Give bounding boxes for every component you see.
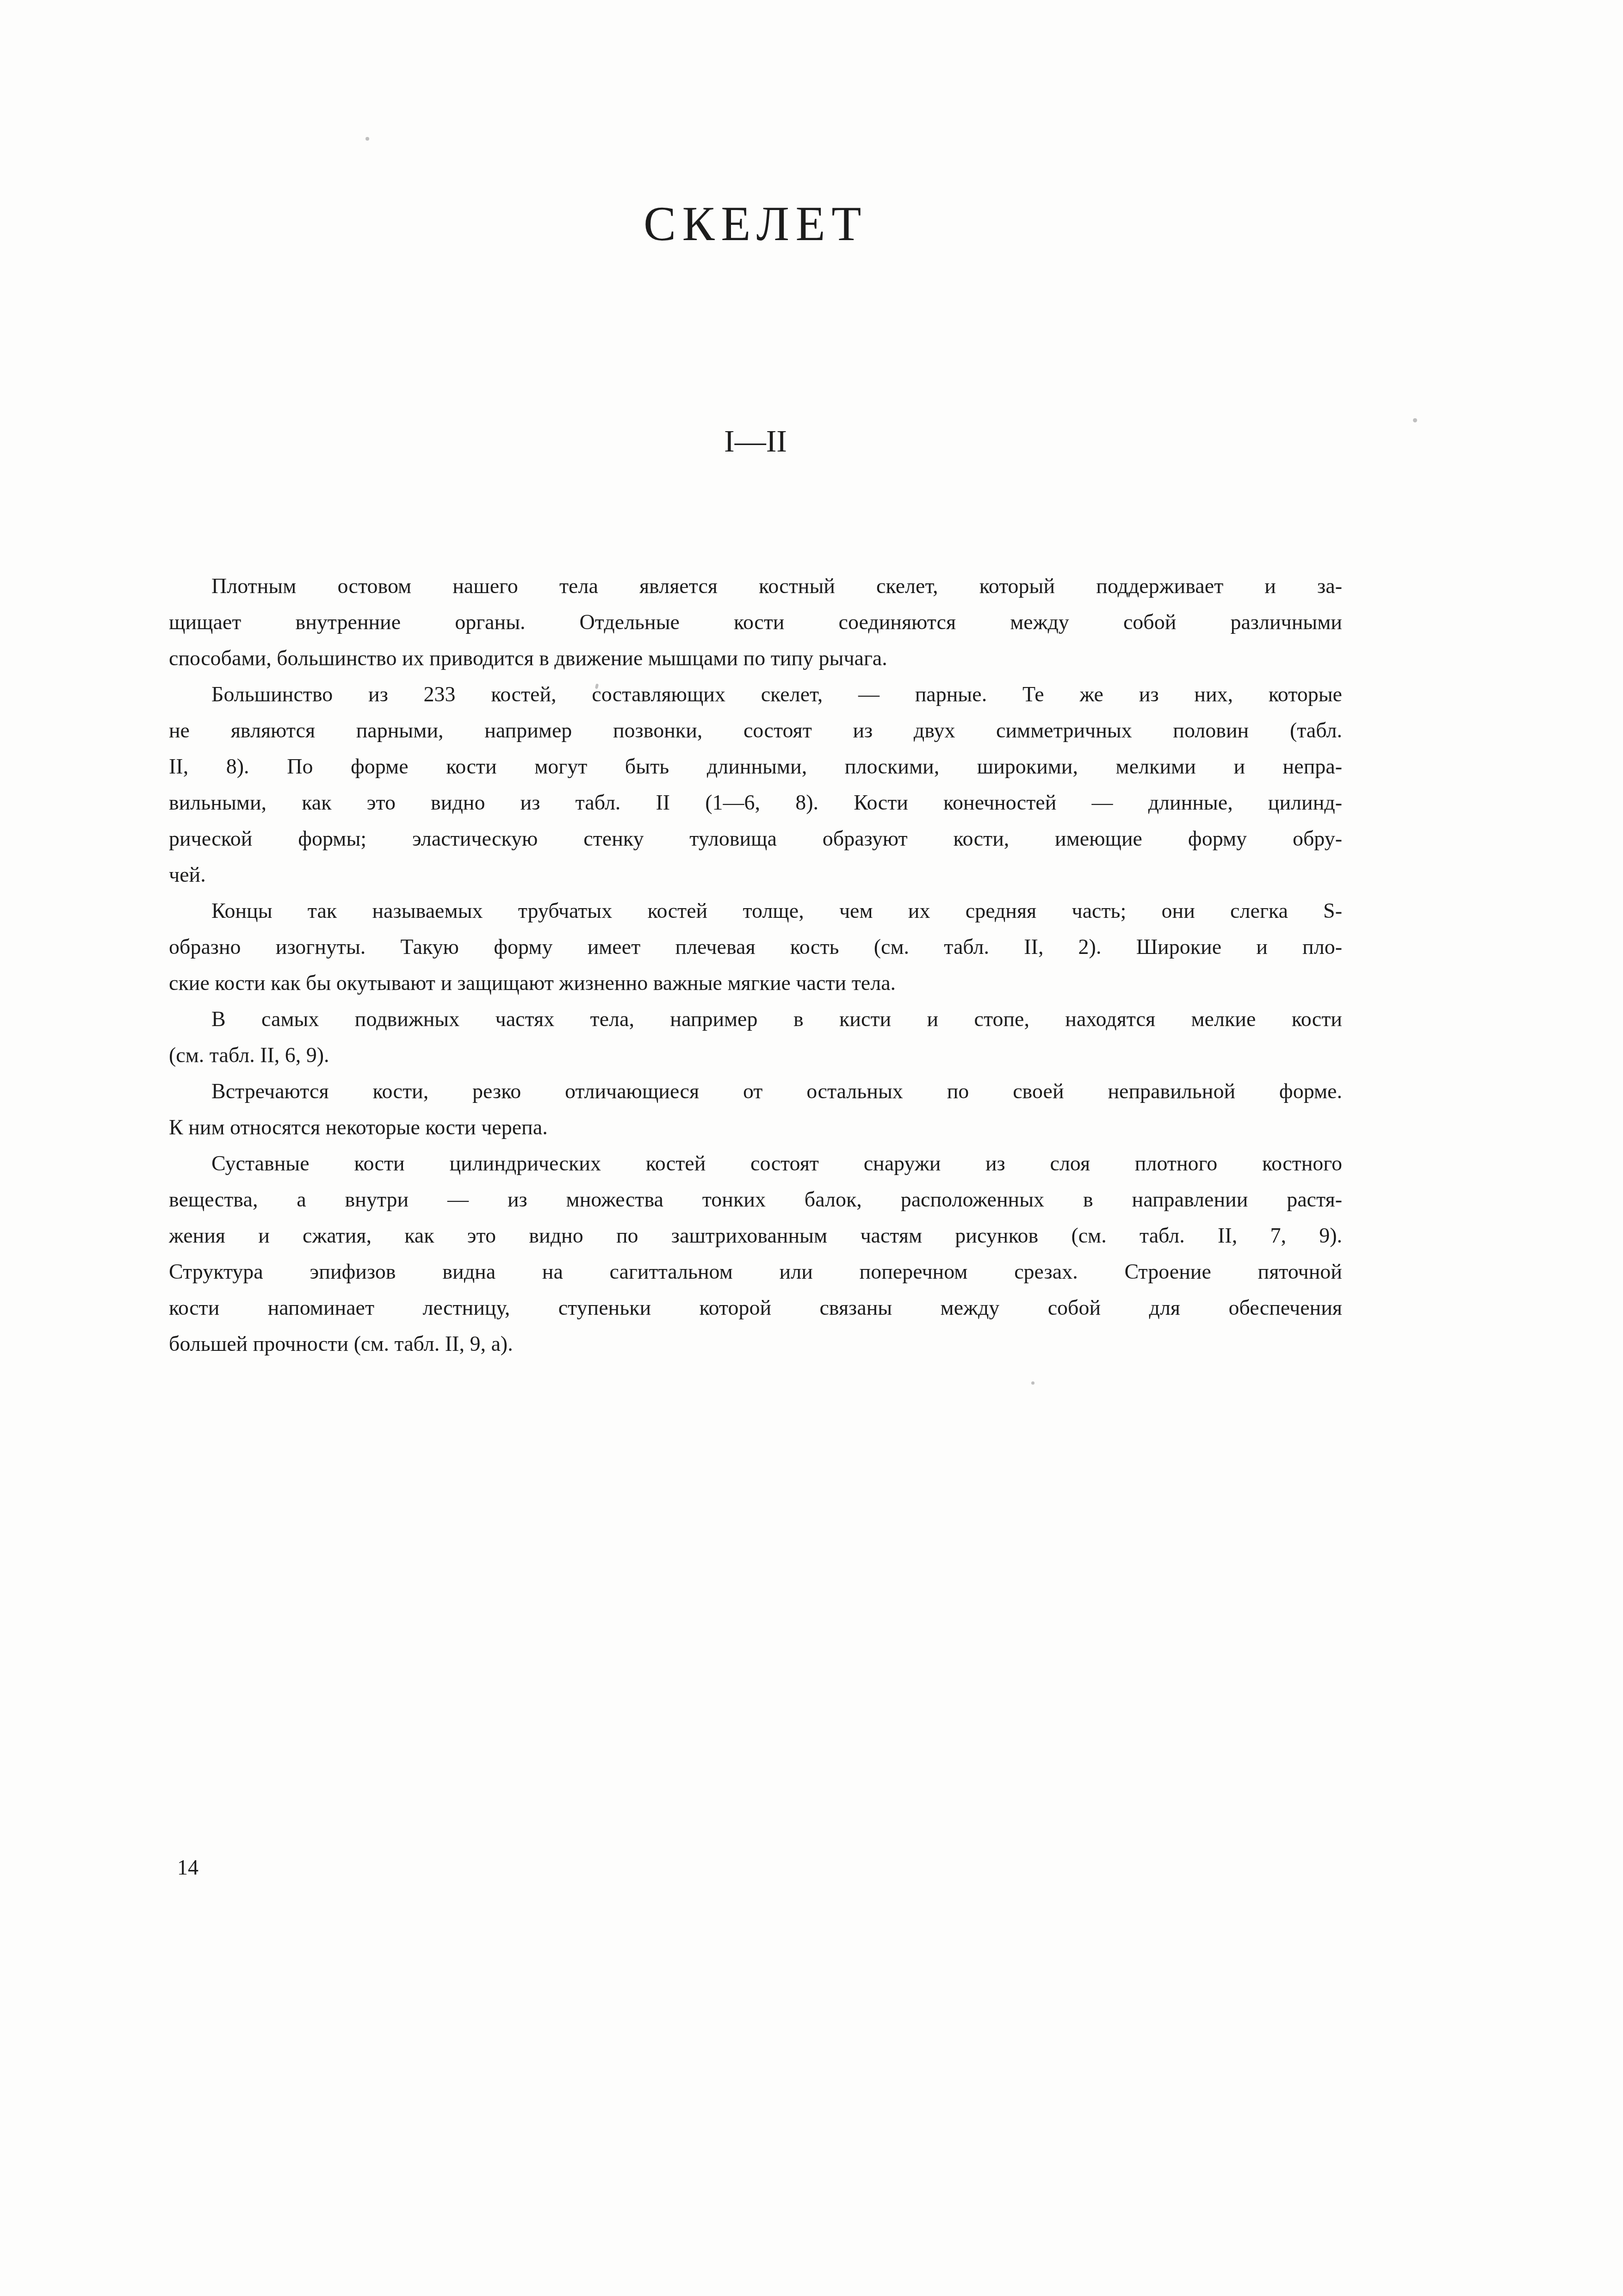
text-line: В самых подвижных частях тела, например …	[169, 1001, 1342, 1037]
text-line: не являются парными, например позвонки, …	[169, 712, 1342, 749]
page-title: СКЕЛЕТ	[169, 198, 1342, 250]
body-text: Плотным остовом нашего тела является кос…	[169, 568, 1342, 1362]
text-line: Большинство из 233 костей, составляющих …	[169, 676, 1342, 712]
text-line: К ним относятся некоторые кости черепа.	[169, 1109, 1342, 1145]
text-line: Структура эпифизов видна на сагиттальном…	[169, 1254, 1342, 1290]
paragraph: Большинство из 233 костей, составляющих …	[169, 676, 1342, 893]
paragraph: Встречаются кости, резко отличающиеся от…	[169, 1073, 1342, 1145]
text-line: способами, большинство их приводится в д…	[169, 640, 1342, 676]
text-line: рической формы; эластическую стенку туло…	[169, 821, 1342, 857]
scan-speck	[1413, 418, 1417, 422]
paragraph: В самых подвижных частях тела, например …	[169, 1001, 1342, 1073]
text-line: образно изогнуты. Такую форму имеет плеч…	[169, 929, 1342, 965]
text-line: Концы так называемых трубчатых костей то…	[169, 893, 1342, 929]
scanned-book-page: СКЕЛЕТ I—II Плотным остовом нашего тела …	[0, 0, 1623, 2296]
text-line: ские кости как бы окутывают и защищают ж…	[169, 965, 1342, 1001]
text-line: II, 8). По форме кости могут быть длинны…	[169, 749, 1342, 785]
text-line: Плотным остовом нашего тела является кос…	[169, 568, 1342, 604]
page-number: 14	[177, 1850, 198, 1886]
text-line: кости напоминает лестницу, ступеньки кот…	[169, 1290, 1342, 1326]
paragraph: Плотным остовом нашего тела является кос…	[169, 568, 1342, 676]
text-line: щищает внутренние органы. Отдельные кост…	[169, 604, 1342, 640]
text-line: Суставные кости цилиндрических костей со…	[169, 1145, 1342, 1182]
text-line: жения и сжатия, как это видно по заштрих…	[169, 1218, 1342, 1254]
text-line: вильными, как это видно из табл. II (1—6…	[169, 785, 1342, 821]
text-line: (см. табл. II, 6, 9).	[169, 1037, 1342, 1073]
section-heading: I—II	[169, 422, 1342, 460]
text-line: Встречаются кости, резко отличающиеся от…	[169, 1073, 1342, 1109]
text-line: вещества, а внутри — из множества тонких…	[169, 1182, 1342, 1218]
text-line: чей.	[169, 857, 1342, 893]
paragraph: Суставные кости цилиндрических костей со…	[169, 1145, 1342, 1362]
text-line: большей прочности (см. табл. II, 9, а).	[169, 1326, 1342, 1362]
scan-speck	[365, 137, 369, 141]
scan-speck	[1031, 1381, 1035, 1385]
paragraph: Концы так называемых трубчатых костей то…	[169, 893, 1342, 1001]
